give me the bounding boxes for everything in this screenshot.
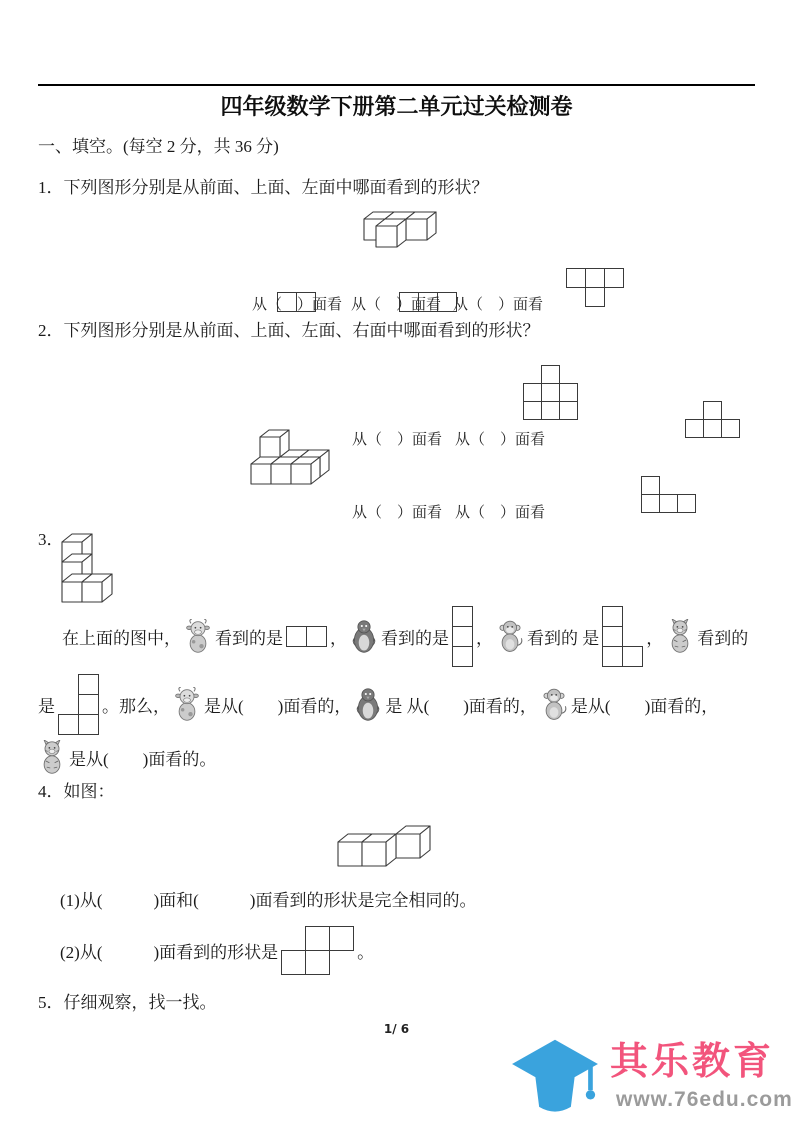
q4-text: 4．如图： <box>38 781 115 803</box>
q2-view-label-3: 从（ ）面看 <box>352 501 442 522</box>
tiger-image <box>38 740 66 775</box>
q2-view-shape-2 <box>685 401 740 438</box>
q3-blank-4: 是从( )面看的。 <box>69 745 216 770</box>
cow-image <box>184 619 212 654</box>
q3-comma: ， <box>330 624 347 649</box>
penguin-image <box>350 619 378 654</box>
q3-blank-1: 是从( )面看的， <box>204 692 351 717</box>
q3-line-3: 是从( )面看的。 <box>38 740 216 775</box>
q1-view-shape-3 <box>566 268 624 307</box>
q4-cube-figure <box>336 824 432 868</box>
monkey-image <box>540 687 568 722</box>
q2-text: 2．下列图形分别是从前面、上面、左面、右面中哪面看到的形状？ <box>38 320 540 342</box>
q4-part2-prefix: (2)从( )面看到的形状是 <box>60 938 278 963</box>
q1-view-label-2: 从（ ）面看 <box>351 293 441 314</box>
page-title: 四年级数学下册第二单元过关检测卷 <box>0 90 793 121</box>
q4-part2-suffix: 。 <box>357 938 374 963</box>
section-heading: 一、填空。(每空 2 分，共 36 分) <box>38 136 279 158</box>
q3-comma-3: ， <box>646 624 663 649</box>
q1-text: 1．下列图形分别是从前面、上面、左面中哪面看到的形状？ <box>38 177 489 199</box>
q2-view-label-1: 从（ ）面看 <box>352 428 442 449</box>
logo-url: www.76edu.com <box>616 1088 793 1112</box>
q3-text-2: 看到的是 <box>215 624 283 649</box>
q3-cube-figure <box>60 532 114 604</box>
q4-part2: (2)从( )面看到的形状是 。 <box>60 926 374 975</box>
q4-view-shape <box>281 926 354 975</box>
q1-cube-figure <box>362 210 438 249</box>
q3-text-3: 看到的是 <box>381 624 449 649</box>
logo-name: 其乐教育 <box>610 1042 774 1084</box>
q3-comma-2: ， <box>476 624 493 649</box>
q2-view-label-2: 从（ ）面看 <box>455 428 545 449</box>
q3-view-shape-2 <box>452 606 473 667</box>
q3-view-shape-1 <box>286 626 327 647</box>
q1-view-label-1: 从（ ）面看 <box>252 293 342 314</box>
q2-view-shape-1 <box>523 365 578 420</box>
q3-blank-3: 是从( )面看的， <box>571 692 718 717</box>
q3-view-shape-4 <box>58 674 99 735</box>
q2-view-label-4: 从（ ）面看 <box>455 501 545 522</box>
q3-text-1: 在上面的图中， <box>62 624 181 649</box>
q3-view-shape-3 <box>602 606 643 667</box>
top-rule <box>38 84 755 86</box>
page-number: 1/ 6 <box>0 1022 793 1036</box>
q3-text-5: 看到的 <box>697 624 748 649</box>
q5-text: 5．仔细观察，找一找。 <box>38 992 217 1014</box>
q3-text-4: 看到的 是 <box>527 624 599 649</box>
q1-view-label-3: 从（ ）面看 <box>453 293 543 314</box>
tiger-image <box>666 619 694 654</box>
penguin-image <box>354 687 382 722</box>
cow-image <box>173 687 201 722</box>
q3-text-6: 是 <box>38 692 55 717</box>
q4-part1: (1)从( )面和( )面看到的形状是完全相同的。 <box>60 890 476 912</box>
q3-blank-2: 是 从( )面看的， <box>385 692 537 717</box>
q3-text-7: 。那么， <box>102 692 170 717</box>
worksheet-page: 四年级数学下册第二单元过关检测卷 一、填空。(每空 2 分，共 36 分) 1．… <box>0 0 793 1122</box>
q3-line-1: 在上面的图中， 看到的是 ， 看到的是 ， 看到的 是 ， 看到的 <box>62 606 748 667</box>
q2-cube-figure <box>249 428 331 486</box>
q3-line-2: 是 。那么， 是从( )面看的， 是 从( )面看的， 是从( )面看的， <box>38 674 718 735</box>
monkey-image <box>496 619 524 654</box>
q2-view-shape-3 <box>641 476 696 513</box>
graduation-cap-icon <box>506 1036 604 1120</box>
